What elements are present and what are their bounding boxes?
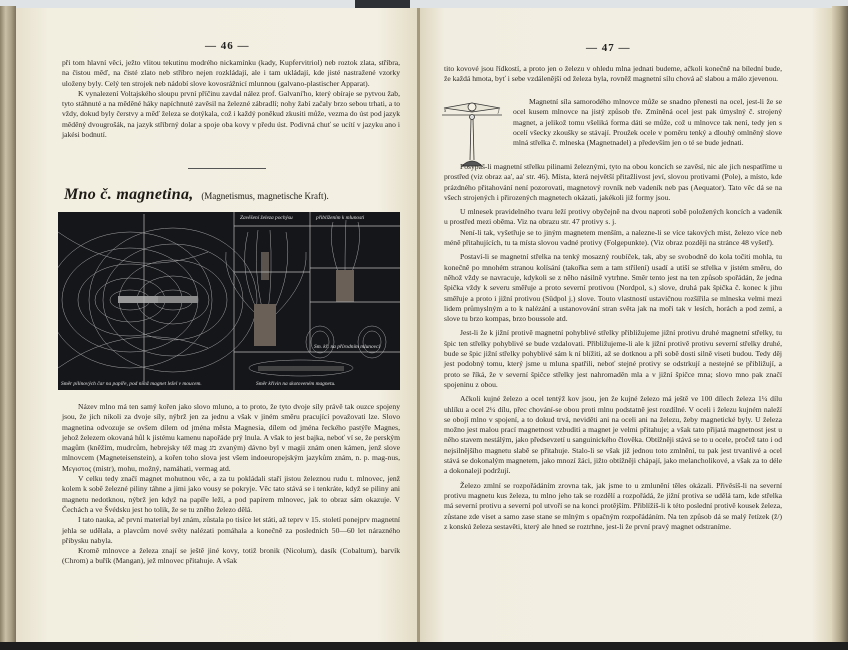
right-paragraph-6: Postaví-li se magnetní střelka na tenký … (444, 252, 782, 324)
compass-label-j: j (497, 108, 500, 114)
right-paragraph-8: Ačkoli kujné železo a ocel tentýž kov js… (444, 394, 782, 476)
compass-needle-icon: s j (442, 100, 504, 170)
figure-caption-top-right: přiblížením k mlunosti (316, 215, 364, 221)
right-paragraph-3: Posypáš-li magnetní střelku pilinami žel… (444, 162, 782, 203)
magnetic-needle-stand-illustration: s j (442, 100, 504, 170)
magnetic-field-lines-icon (58, 212, 400, 390)
left-body-paragraph-1: Název mlno má ten samý kořen jako slovo … (62, 402, 400, 474)
right-paragraph-9: Železo zmlní se rozpořádáním zrovna tak,… (444, 481, 782, 532)
left-page-number: — 46 — (205, 40, 250, 52)
section-heading: Mno č. magnetina, (Magnetismus, magnetis… (64, 186, 329, 204)
left-intro-paragraph-2: K vynalezení Voltajského sloupu první př… (62, 89, 400, 140)
figure-caption-bottom-right: Směr křivin na skotoveném magnetu. (256, 381, 336, 387)
left-body-text: Název mlno má ten samý kořen jako slovo … (62, 402, 400, 567)
figure-caption-bottom-left: Směr pilinových čar na papíře, pod nímž … (61, 381, 202, 387)
left-intro-paragraph-1: při tom hlavní věci, ježto vlitou tekuti… (62, 58, 400, 89)
left-intro-text: při tom hlavní věci, ježto vlitou tekuti… (62, 58, 400, 140)
book-clip (355, 0, 410, 8)
right-page-number: — 47 — (586, 42, 631, 54)
scanner-bottom-edge (0, 642, 848, 650)
figure-caption-top-left: Zavěšení železa pochýsu (240, 215, 293, 221)
book-left-edge (0, 6, 16, 646)
right-paragraph-1: tito kovové jsou řídkostí, a proto jen o… (444, 64, 782, 85)
right-paragraph-4: U mlnesek pravidelného tvaru leží protiv… (444, 207, 782, 228)
right-paragraph-2: Magnetní síla samorodého mlnovce může se… (513, 97, 782, 148)
right-paragraph-5: Není-li tak, vyšetřuje se to jiným magne… (444, 228, 782, 249)
book-right-edge (832, 6, 848, 646)
left-body-paragraph-4: Kromě mlnovce a železa znají se ještě ji… (62, 546, 400, 567)
left-body-paragraph-2: V celku tedy značí magnet mohutnou věc, … (62, 474, 400, 515)
section-divider (188, 168, 266, 169)
left-body-paragraph-3: I tato nauka, ač první material byl znám… (62, 515, 400, 546)
right-paragraph-7: Jest-li že k jižní protivě magnetní pohy… (444, 328, 782, 390)
right-text-beside-figure: Magnetní síla samorodého mlnovce může se… (513, 97, 782, 148)
figure-caption-small-right: Sm. kř. na přírodním mlunovci (314, 344, 380, 350)
section-heading-title: Mno č. magnetina, (64, 186, 194, 203)
right-text-body: Posypáš-li magnetní střelku pilinami žel… (444, 162, 782, 532)
section-heading-subtitle: (Magnetismus, magnetische Kraft). (201, 191, 328, 201)
right-text-top: tito kovové jsou řídkostí, a proto jen o… (444, 64, 782, 85)
compass-label-s: s (444, 108, 447, 114)
magnetic-field-illustration: Zavěšení železa pochýsu přiblížením k ml… (58, 212, 400, 390)
scanner-background-strip (0, 0, 848, 8)
